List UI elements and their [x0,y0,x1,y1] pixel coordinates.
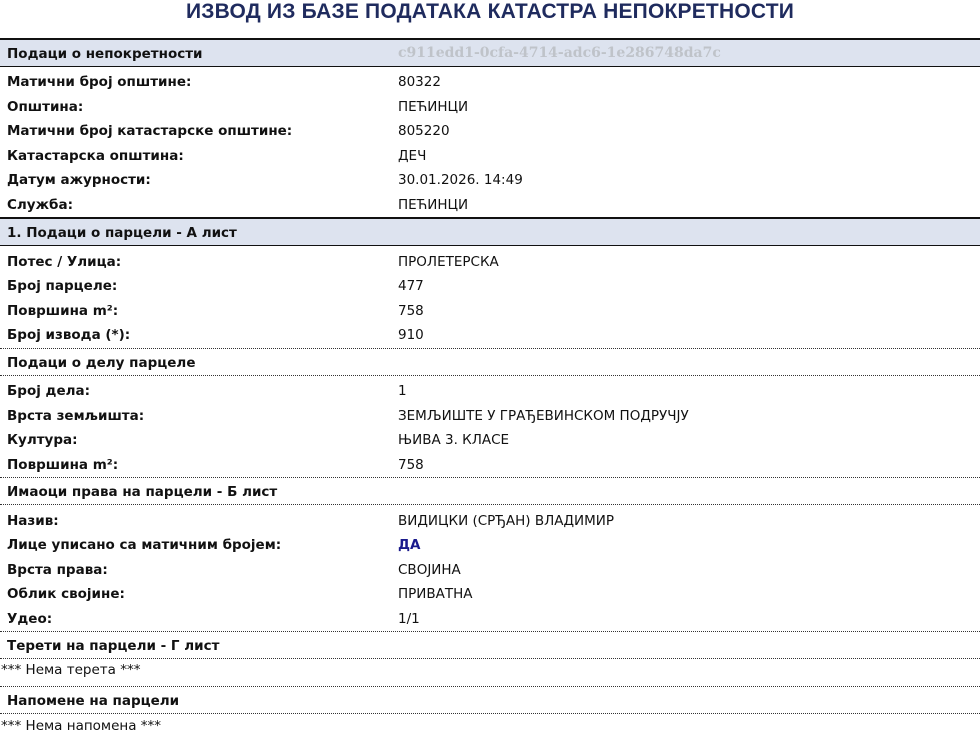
field-label: Површина m²: [7,457,118,473]
subsection-title: Подаци о делу парцеле [7,355,195,371]
encumbrances-note: *** Нема терета *** [1,662,140,678]
remarks-note: *** Нема напомена *** [1,718,161,734]
field-label: Потес / Улица: [7,254,121,270]
section-title: Подаци о непокретности [7,46,203,62]
field-label: Површина m²: [7,303,118,319]
field-value: 758 [398,303,424,319]
field-row: Површина m²: 758 [0,453,980,477]
field-label: Удео: [7,611,52,627]
field-row: Култура: ЊИВА 3. КЛАСЕ [0,428,980,452]
subsection-header-parcel-part: Подаци о делу парцеле [0,348,980,376]
field-label: Датум ажурности: [7,172,151,188]
field-value: 1 [398,383,407,399]
field-value: 477 [398,278,424,294]
field-row: Назив: ВИДИЦКИ (СРЂАН) ВЛАДИМИР [0,509,980,533]
field-value: 80322 [398,74,441,90]
field-value: ЊИВА 3. КЛАСЕ [398,432,509,448]
field-row: Општина: ПЕЋИНЦИ [0,95,980,119]
field-value: 758 [398,457,424,473]
subsection-title: Терети на парцели - Г лист [7,638,219,654]
field-value: ПЕЋИНЦИ [398,99,468,115]
registered-flag: ДА [398,537,420,553]
field-row: Удео: 1/1 [0,607,980,631]
field-row: Катастарска општина: ДЕЧ [0,144,980,168]
field-row: Лице уписано са матичним бројем: ДА [0,533,980,557]
field-label: Култура: [7,432,78,448]
field-row: Матични број општине: 80322 [0,70,980,94]
field-label: Матични број општине: [7,74,191,90]
field-label: Општина: [7,99,83,115]
field-row: Врста земљишта: ЗЕМЉИШТЕ У ГРАЂЕВИНСКОМ … [0,404,980,428]
field-row: Врста права: СВОЈИНА [0,558,980,582]
field-value: ЗЕМЉИШТЕ У ГРАЂЕВИНСКОМ ПОДРУЧЈУ [398,408,689,424]
field-label: Број дела: [7,383,90,399]
field-label: Број парцеле: [7,278,117,294]
field-value: ПЕЋИНЦИ [398,197,468,213]
field-label: Назив: [7,513,59,529]
field-label: Служба: [7,197,73,213]
field-row: Датум ажурности: 30.01.2026. 14:49 [0,168,980,192]
field-label: Број извода (*): [7,327,130,343]
page-title: ИЗВОД ИЗ БАЗЕ ПОДАТАКА КАТАСТРА НЕПОКРЕТ… [0,0,980,26]
field-label: Катастарска општина: [7,148,184,164]
field-row: Облик својине: ПРИВАТНА [0,582,980,606]
field-label: Врста права: [7,562,108,578]
field-row: Матични број катастарске општине: 805220 [0,119,980,143]
field-value: 805220 [398,123,450,139]
subsection-title: Имаоци права на парцели - Б лист [7,484,277,500]
section-title: 1. Подаци о парцели - А лист [7,225,237,241]
field-label: Лице уписано са матичним бројем: [7,537,281,553]
field-row: Служба: ПЕЋИНЦИ [0,193,980,217]
field-value: 30.01.2026. 14:49 [398,172,523,188]
field-row: Број извода (*): 910 [0,323,980,347]
subsection-header-encumbrances: Терети на парцели - Г лист [0,631,980,659]
subsection-header-owners: Имаоци права на парцели - Б лист [0,477,980,505]
subsection-title: Напомене на парцели [7,693,179,709]
field-row: Број парцеле: 477 [0,274,980,298]
field-value: ДЕЧ [398,148,426,164]
property-id: c911edd1-0cfa-4714-adc6-1e286748da7c [398,45,721,61]
subsection-header-remarks: Напомене на парцели [0,686,980,714]
field-label: Матични број катастарске општине: [7,123,292,139]
section-header-property: Подаци о непокретности c911edd1-0cfa-471… [0,38,980,67]
field-row: Потес / Улица: ПРОЛЕТЕРСКА [0,250,980,274]
field-value: 1/1 [398,611,420,627]
field-value: ВИДИЦКИ (СРЂАН) ВЛАДИМИР [398,513,614,529]
field-value: ПРИВАТНА [398,586,473,602]
field-label: Врста земљишта: [7,408,144,424]
field-row: Површина m²: 758 [0,299,980,323]
section-header-parcel: 1. Подаци о парцели - А лист [0,217,980,246]
field-value: СВОЈИНА [398,562,461,578]
field-value: 910 [398,327,424,343]
field-label: Облик својине: [7,586,125,602]
field-row: Број дела: 1 [0,379,980,403]
field-value: ПРОЛЕТЕРСКА [398,254,499,270]
